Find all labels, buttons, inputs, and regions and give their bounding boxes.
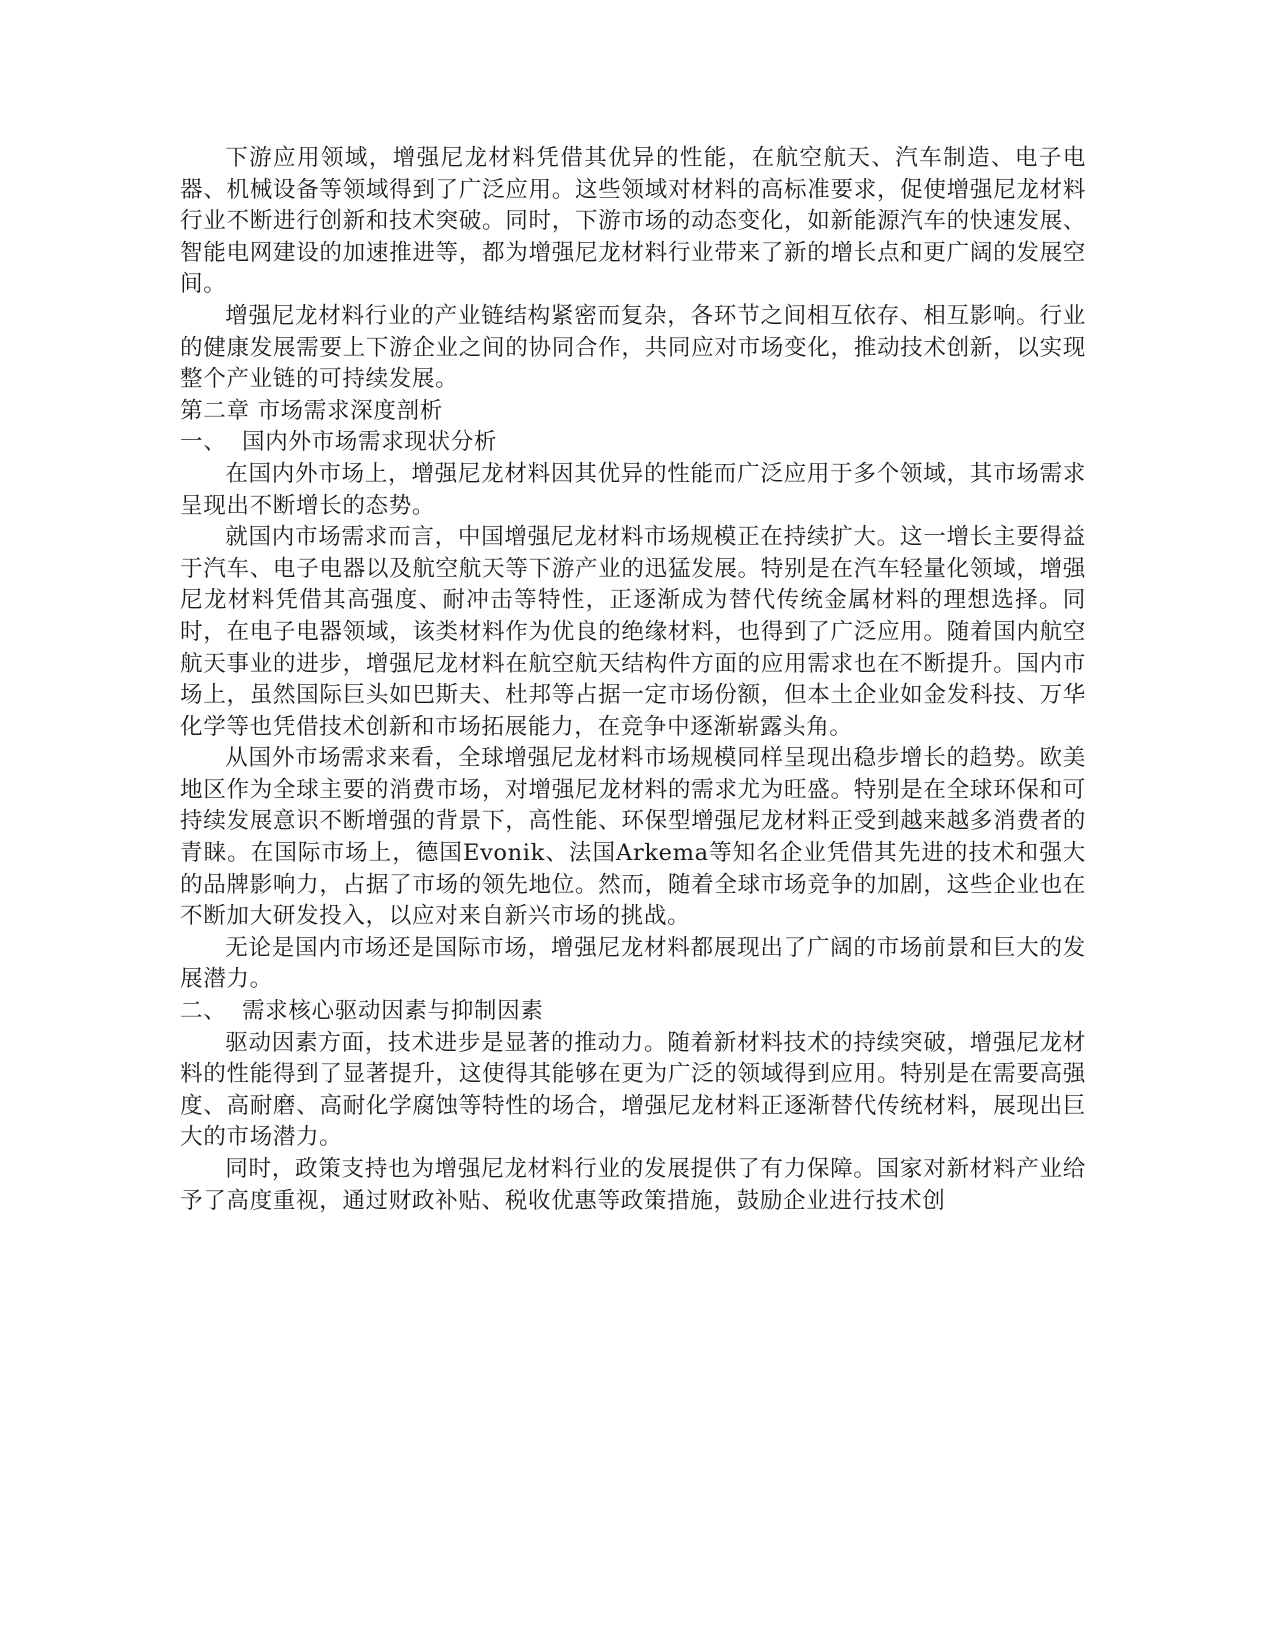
paragraph-market-outlook: 无论是国内市场还是国际市场，增强尼龙材料都展现出了广阔的市场前景和巨大的发展潜力… (180, 933, 1086, 996)
paragraph-domestic-demand: 就国内市场需求而言，中国增强尼龙材料市场规模正在持续扩大。这一增长主要得益于汽车… (180, 522, 1086, 743)
document-page: 下游应用领域，增强尼龙材料凭借其优异的性能，在航空航天、汽车制造、电子电器、机械… (180, 143, 1086, 1217)
paragraph-market-overview: 在国内外市场上，增强尼龙材料因其优异的性能而广泛应用于多个领域，其市场需求呈现出… (180, 459, 1086, 522)
paragraph-foreign-demand: 从国外市场需求来看，全球增强尼龙材料市场规模同样呈现出稳步增长的趋势。欧美地区作… (180, 743, 1086, 933)
chapter-heading: 第二章 市场需求深度剖析 (180, 396, 1086, 428)
section-heading-1: 一、 国内外市场需求现状分析 (180, 427, 1086, 459)
paragraph-drivers-policy: 同时，政策支持也为增强尼龙材料行业的发展提供了有力保障。国家对新材料产业给予了高… (180, 1154, 1086, 1217)
paragraph-industry-chain: 增强尼龙材料行业的产业链结构紧密而复杂，各环节之间相互依存、相互影响。行业的健康… (180, 301, 1086, 396)
paragraph-drivers-technology: 驱动因素方面，技术进步是显著的推动力。随着新材料技术的持续突破，增强尼龙材料的性… (180, 1028, 1086, 1154)
paragraph-downstream-applications: 下游应用领域，增强尼龙材料凭借其优异的性能，在航空航天、汽车制造、电子电器、机械… (180, 143, 1086, 301)
section-heading-2: 二、 需求核心驱动因素与抑制因素 (180, 996, 1086, 1028)
